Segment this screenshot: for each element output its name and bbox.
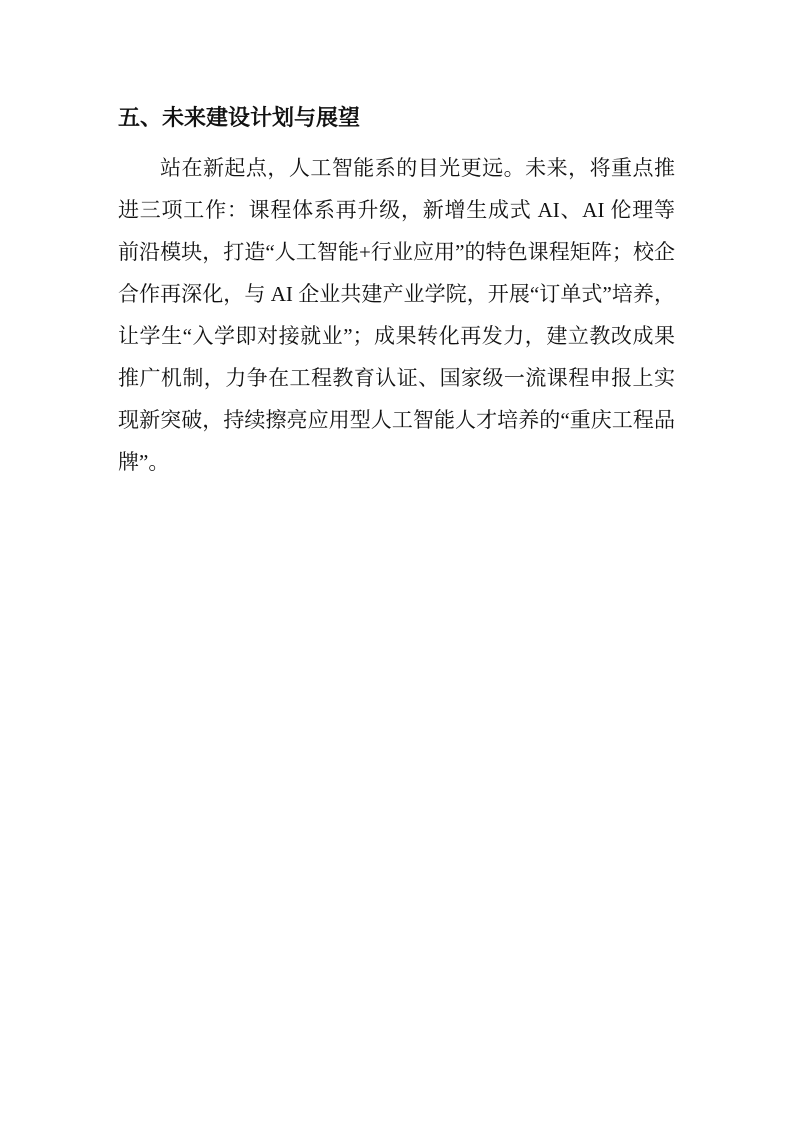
body-paragraph: 站在新起点，人工智能系的目光更远。未来，将重点推进三项工作：课程体系再升级，新增…	[118, 147, 675, 483]
document-page: 五、未来建设计划与展望 站在新起点，人工智能系的目光更远。未来，将重点推进三项工…	[0, 0, 793, 1122]
section-heading: 五、未来建设计划与展望	[118, 97, 675, 139]
